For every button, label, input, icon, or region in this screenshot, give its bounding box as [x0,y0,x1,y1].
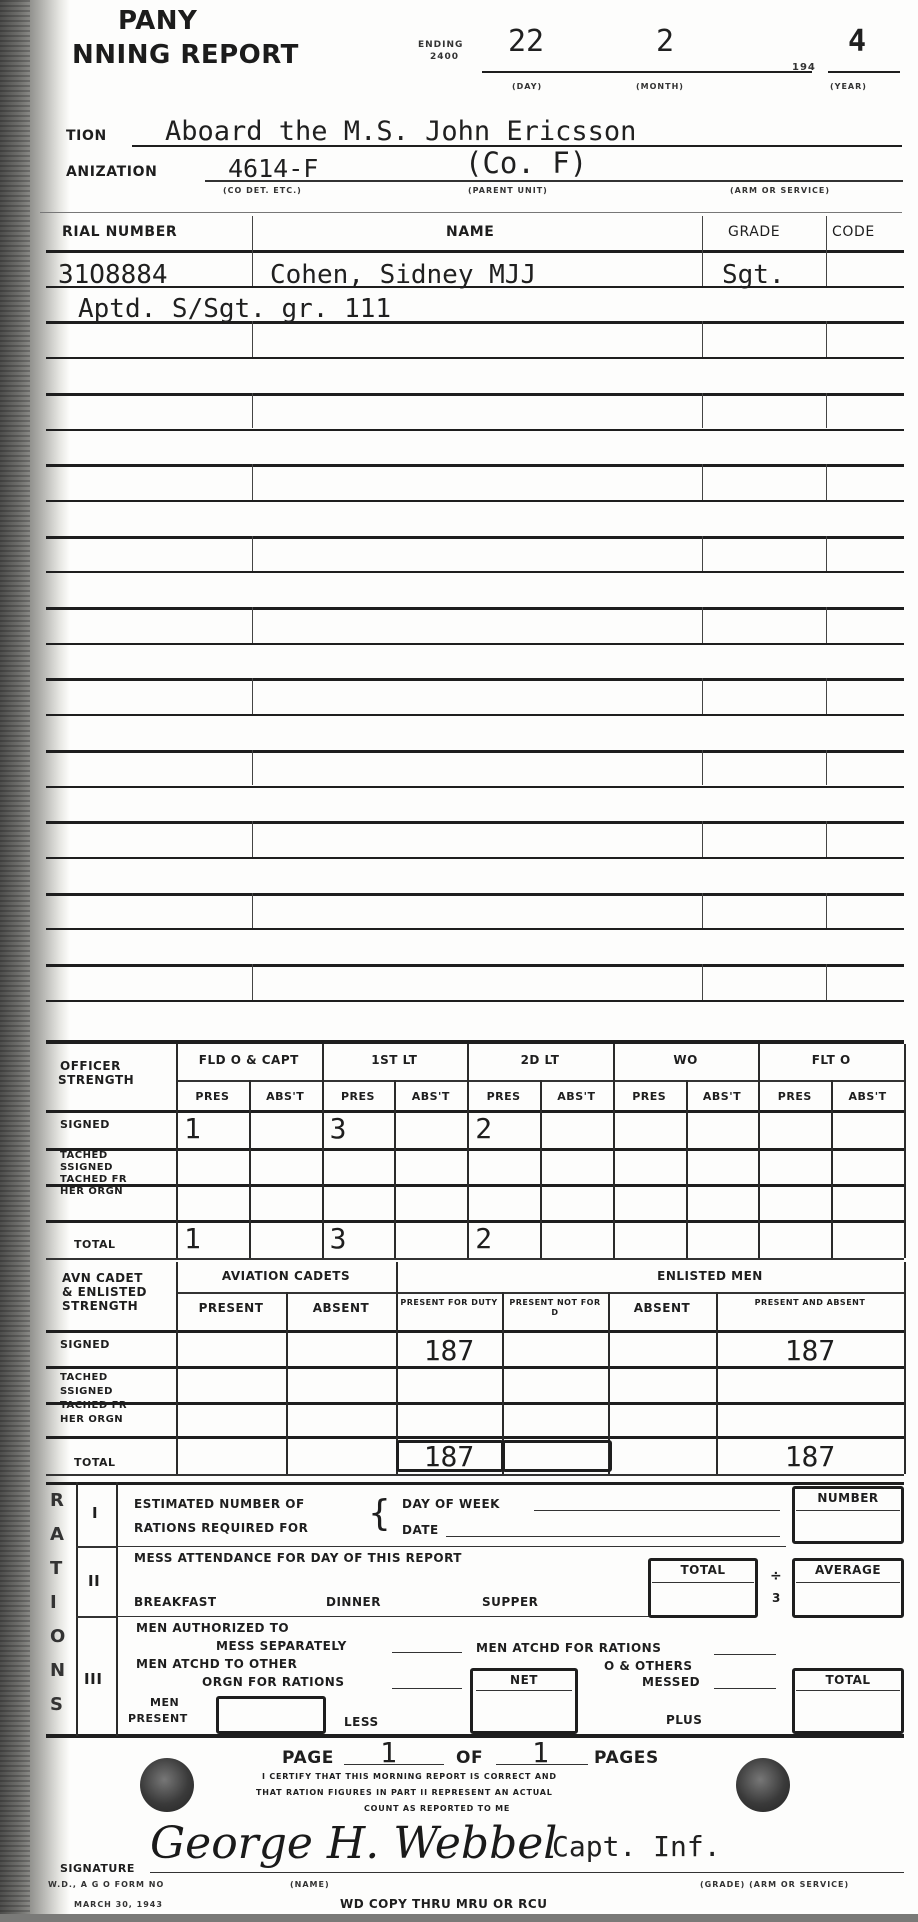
pages-label: PAGES [594,1748,659,1768]
officer-cell-attached_other[interactable] [184,1186,247,1220]
section-i-numeral: I [92,1504,98,1522]
officer-cell-total[interactable]: 1 [184,1222,247,1256]
year-caption: (YEAR) [830,82,867,91]
enlisted-cell-total[interactable]: 187 [716,1440,904,1474]
roster-blank-row[interactable] [46,432,904,465]
roster-blank-row[interactable] [46,896,904,929]
roster-row-rule [46,786,904,788]
roster-row-rule [46,1000,904,1002]
officer-cell-total[interactable] [548,1222,611,1256]
officer-subheader: ABS'T [686,1090,759,1103]
rations-divider [76,1616,116,1618]
mess-separately-field[interactable] [392,1652,462,1653]
year-value[interactable]: 4 [848,24,866,59]
officer-cell-attached_unassigned[interactable] [402,1150,465,1184]
enlisted-cell-attached_unassigned[interactable] [286,1370,396,1404]
roster-blank-row[interactable] [46,324,904,357]
officer-col-divider [540,1080,542,1258]
organization-underline [205,180,903,182]
station-value[interactable]: Aboard the M.S. John Ericsson [165,116,636,147]
roster-row-rule [46,643,904,645]
roster-col-divider [702,250,703,286]
section-i-text-1: ESTIMATED NUMBER OF [134,1498,305,1511]
rations-vertical-letter: R [50,1490,64,1511]
enlisted-subheader: PRESENT FOR DUTY [396,1298,502,1308]
certify-text-3: COUNT AS REPORTED TO ME [364,1802,510,1815]
men-atchd-other-label-2: ORGN FOR RATIONS [202,1676,344,1689]
others-messed-label-1: O & OTHERS [604,1660,693,1673]
date-label: DATE [402,1524,439,1537]
men-present-label-1: MEN [150,1696,179,1709]
month-value[interactable]: 2 [656,24,674,59]
officer-row-attached: TACHED [60,1150,108,1162]
enlisted-cell-total[interactable] [608,1440,716,1474]
enlisted-cell-attached_other[interactable] [176,1406,286,1440]
enlisted-cell-attached_other[interactable] [716,1406,904,1440]
brace-icon: { [368,1494,391,1534]
officer-cell-attached_unassigned[interactable] [184,1150,247,1184]
officer-subheader: PRES [613,1090,686,1103]
roster-col-divider [826,216,827,250]
enlisted-cell-attached_unassigned[interactable] [608,1370,716,1404]
others-messed-label-2: MESSED [642,1676,700,1689]
officer-cell-assigned[interactable] [621,1112,684,1146]
scan-bottom-edge [0,1914,918,1922]
roster-blank-row[interactable] [46,574,904,607]
roster-row-rule [46,500,904,502]
mess-total-label: TOTAL [648,1564,758,1577]
roster-blank-row[interactable] [46,717,904,750]
row1-serial[interactable]: 31O8884 [58,260,168,290]
date-field[interactable] [446,1536,780,1537]
roster-row-rule [46,571,904,573]
col-header-grade: GRADE [728,224,780,240]
date-underline [482,71,812,73]
officer-row-unassigned: SSIGNED [60,1162,113,1174]
officer-cell-attached_other[interactable] [839,1186,902,1220]
officer-cell-attached_other[interactable] [257,1186,320,1220]
signature-label: SIGNATURE [60,1862,135,1875]
roster-row-rule [46,357,904,359]
men-authorized-label-2: MESS SEPARATELY [216,1640,347,1653]
others-messed-field[interactable] [714,1688,776,1689]
men-atchd-rations-field[interactable] [714,1654,776,1655]
station-label: TION [66,128,107,144]
orgn-for-rations-field[interactable] [392,1688,462,1689]
officer-cell-attached_other[interactable] [330,1186,393,1220]
roster-row-rule [46,429,904,431]
certify-text-1: I CERTIFY THAT THIS MORNING REPORT IS CO… [262,1770,557,1783]
less-label: LESS [344,1716,379,1729]
col-header-serial: RIAL NUMBER [62,224,177,240]
roster-row-rule [46,928,904,930]
average-label: AVERAGE [792,1564,904,1577]
officer-subheader: ABS'T [831,1090,904,1103]
rations-divider [116,1546,786,1547]
officer-cell-attached_unassigned[interactable] [766,1150,829,1184]
roster-blank-row[interactable] [46,360,904,393]
officer-row-other-orgn: HER ORGN [60,1186,123,1198]
enlisted-row-attached-fr: TACHED FR [60,1400,127,1412]
officer-cell-attached_other[interactable] [475,1186,538,1220]
roster-top-rule [40,212,902,213]
form-date: MARCH 30, 1943 [74,1900,163,1909]
aviation-cadets-header: AVIATION CADETS [176,1270,396,1283]
rations-left-border [76,1482,78,1736]
ending-label: ENDING [418,40,463,50]
enlisted-bottom-rule [46,1474,904,1476]
officer-cell-total[interactable] [839,1222,902,1256]
enlisted-cell-assigned[interactable] [286,1334,396,1368]
officer-cell-total[interactable]: 2 [475,1222,538,1256]
officer-strength-title-1: OFFICER [60,1060,121,1073]
enlisted-cell-attached_unassigned[interactable] [396,1370,502,1404]
organization-label: ANIZATION [66,164,157,180]
roster-col-divider [252,250,253,286]
officer-cell-attached_other[interactable] [548,1186,611,1220]
officer-col-divider [249,1080,251,1258]
officer-subheader: PRES [322,1090,395,1103]
plus-label: PLUS [666,1714,702,1727]
officer-cell-attached_unassigned[interactable] [694,1150,757,1184]
officer-col-divider [176,1044,178,1258]
enlisted-cell-attached_other[interactable] [396,1406,502,1440]
officer-cell-total[interactable] [766,1222,829,1256]
officer-col-divider [322,1044,324,1258]
rations-total-rule [796,1690,900,1691]
roster-blank-row[interactable] [46,503,904,536]
roster-bottom-rule [46,1040,904,1044]
officer-cell-attached_other[interactable] [766,1186,829,1220]
rations-bottom-rule [46,1734,904,1738]
officer-strength-title-2: STRENGTH [58,1074,134,1087]
officer-cell-attached_unassigned[interactable] [548,1150,611,1184]
officer-subheader: PRES [467,1090,540,1103]
roster-blank-row[interactable] [46,646,904,679]
rations-vertical-letter: N [50,1660,66,1681]
officer-cell-attached_other[interactable] [621,1186,684,1220]
enlisted-cell-assigned[interactable] [608,1334,716,1368]
roster-blank-row[interactable] [46,824,904,857]
roster-blank-row[interactable] [46,681,904,714]
rations-vertical-letter: O [50,1626,66,1647]
enlisted-men-header: ENLISTED MEN [396,1270,904,1283]
enlisted-subheader: PRESENT AND ABSENT [716,1298,904,1308]
officer-cell-total[interactable]: 3 [330,1222,393,1256]
officer-cell-assigned[interactable] [694,1112,757,1146]
row1-name[interactable]: Cohen, Sidney MJJ [270,260,536,290]
officer-col-divider [758,1044,760,1258]
enlisted-cell-attached_unassigned[interactable] [502,1370,608,1404]
enlisted-cell-total[interactable] [176,1440,286,1474]
rations-divider [76,1546,116,1548]
officer-cell-assigned[interactable] [839,1112,902,1146]
roster-blank-row[interactable] [46,860,904,893]
officer-cell-attached_unassigned[interactable] [621,1150,684,1184]
officer-cell-assigned[interactable] [548,1112,611,1146]
enlisted-subheader: PRESENT NOT FOR D [502,1298,608,1318]
enlisted-cell-assigned[interactable]: 187 [396,1334,502,1368]
officer-subheader: ABS'T [394,1090,467,1103]
enlisted-row-assigned: SIGNED [60,1338,110,1351]
roster-col-divider [252,216,253,250]
officer-cell-total[interactable] [257,1222,320,1256]
men-authorized-label-1: MEN AUTHORIZED TO [136,1622,289,1635]
rations-vertical-letter: A [50,1524,65,1545]
of-label: OF [456,1748,483,1768]
arm-service-caption: (ARM OR SERVICE) [730,186,830,195]
officer-cell-assigned[interactable] [766,1112,829,1146]
roster-col-divider [826,250,827,286]
present-for-duty-total-box [396,1440,504,1472]
officer-subheader: ABS'T [249,1090,322,1103]
signature-value[interactable]: George H. Webbel [150,1818,557,1869]
officer-cell-total[interactable] [402,1222,465,1256]
mess-attendance-title: MESS ATTENDANCE FOR DAY OF THIS REPORT [134,1552,462,1565]
roster-col-divider [702,216,703,250]
rations-total-label: TOTAL [792,1674,904,1687]
enlisted-title-2: & ENLISTED [62,1286,147,1299]
rations-numeral-border [116,1482,118,1736]
men-atchd-rations-label: MEN ATCHD FOR RATIONS [476,1642,661,1655]
officer-cell-assigned[interactable] [257,1112,320,1146]
enlisted-cell-assigned[interactable] [176,1334,286,1368]
enlisted-cell-total[interactable] [286,1440,396,1474]
org-caption: (CO DET. ETC.) [223,186,302,195]
enlisted-cell-attached_other[interactable] [608,1406,716,1440]
officer-cell-attached_other[interactable] [694,1186,757,1220]
roster-blank-row[interactable] [46,753,904,786]
row1-grade[interactable]: Sgt. [722,260,785,290]
scan-edge-texture [0,0,30,1922]
grade-caption: (GRADE) (ARM OR SERVICE) [700,1880,849,1889]
signature-line [150,1872,904,1873]
enlisted-cell-attached_other[interactable] [286,1406,396,1440]
officer-group-header: 2D LT [467,1054,613,1067]
morning-report-form: PANY NNING REPORT ENDING 2400 22 2 194 4… [0,0,918,1922]
number-box-rule [796,1510,900,1511]
officer-group-header: FLT O [758,1054,904,1067]
officer-cell-attached_unassigned[interactable] [475,1150,538,1184]
rations-vertical-letter: I [50,1592,57,1613]
enlisted-row-total: TOTAL [74,1456,116,1469]
net-label: NET [470,1674,578,1687]
row2-remark[interactable]: Aptd. S/Sgt. gr. 111 [78,294,391,324]
breakfast-label: BREAKFAST [134,1596,217,1609]
enlisted-subheader: ABSENT [608,1302,716,1315]
officer-col-divider [394,1080,396,1258]
pages-value[interactable]: 1 [532,1736,549,1769]
officer-bottom-rule [46,1258,904,1260]
officer-cell-attached_other[interactable] [402,1186,465,1220]
enlisted-row-attached: TACHED [60,1372,108,1384]
enlisted-cell-assigned[interactable] [502,1334,608,1368]
month-caption: (MONTH) [636,82,684,91]
officer-cell-assigned[interactable]: 3 [330,1112,393,1146]
form-number: W.D., A G O FORM NO [48,1880,164,1889]
rations-vertical-letter: S [50,1694,64,1715]
officer-group-header: FLD O & CAPT [176,1054,322,1067]
officer-cell-attached_unassigned[interactable] [839,1150,902,1184]
supper-label: SUPPER [482,1596,538,1609]
enlisted-cell-attached_unassigned[interactable] [716,1370,904,1404]
officer-group-header: 1ST LT [322,1054,468,1067]
rations-vertical-letter: T [50,1558,63,1579]
dinner-label: DINNER [326,1596,381,1609]
form-title-line2: NNING REPORT [72,40,299,70]
enlisted-title-1: AVN CADET [62,1272,143,1285]
enlisted-title-3: STRENGTH [62,1300,138,1313]
officer-col-divider [613,1044,615,1258]
enlisted-row-other-orgn: HER ORGN [60,1414,123,1426]
roster-blank-row[interactable] [46,396,904,429]
enlisted-row-unassigned: SSIGNED [60,1386,113,1398]
officer-cell-total[interactable] [694,1222,757,1256]
parent-unit-caption: (PARENT UNIT) [468,186,548,195]
page-label: PAGE [282,1748,334,1768]
net-box-rule [476,1690,572,1691]
roster-blank-row[interactable] [46,467,904,500]
divide-by-three: 3 [772,1592,781,1605]
section-iii-numeral: III [84,1670,103,1688]
enlisted-row-rule [46,1330,904,1333]
section-i-text-2: RATIONS REQUIRED FOR [134,1522,308,1535]
copy-note: WD COPY THRU MRU OR RCU [340,1898,547,1911]
enlisted-col-divider [904,1262,906,1474]
officer-cell-attached_unassigned[interactable] [330,1150,393,1184]
mess-total-rule [652,1582,754,1583]
rations-divider [116,1616,676,1617]
officer-col-divider [467,1044,469,1258]
officer-cell-attached_unassigned[interactable] [257,1150,320,1184]
roster-blank-row[interactable] [46,610,904,643]
roster-row-rule [46,857,904,859]
name-caption: (NAME) [290,1880,330,1889]
day-value[interactable]: 22 [508,24,544,59]
roster-blank-row[interactable] [46,931,904,964]
roster-blank-row[interactable] [46,967,904,1000]
roster-blank-row[interactable] [46,539,904,572]
organization-value[interactable]: 4614-F [228,154,318,183]
divide-icon: ÷ [770,1570,782,1583]
col-header-name: NAME [446,224,494,240]
form-title-line1: PANY [118,6,197,36]
roster-blank-row[interactable] [46,789,904,822]
officer-col-divider [686,1080,688,1258]
day-of-week-label: DAY OF WEEK [402,1498,500,1511]
officer-cell-assigned[interactable]: 2 [475,1112,538,1146]
roster-row-rule [46,714,904,716]
officer-cell-assigned[interactable] [402,1112,465,1146]
officer-subheader: PRES [758,1090,831,1103]
enlisted-cell-assigned[interactable]: 187 [716,1334,904,1368]
enlisted-cell-attached_other[interactable] [502,1406,608,1440]
men-present-box[interactable] [216,1696,326,1734]
officer-col-divider [831,1080,833,1258]
officer-cell-total[interactable] [621,1222,684,1256]
year-underline [828,71,900,73]
day-of-week-field[interactable] [534,1510,780,1511]
men-present-label-2: PRESENT [128,1712,188,1725]
number-label: NUMBER [792,1492,904,1505]
officer-group-header: WO [613,1054,759,1067]
officer-cell-assigned[interactable]: 1 [184,1112,247,1146]
page-value[interactable]: 1 [380,1736,397,1769]
day-caption: (DAY) [512,82,542,91]
officer-subheader: ABS'T [540,1090,613,1103]
officer-row-total: TOTAL [74,1238,116,1251]
section-ii-numeral: II [88,1572,100,1590]
punch-hole-left-icon [140,1758,194,1812]
enlisted-cell-attached_unassigned[interactable] [176,1370,286,1404]
ending-time-label: 2400 [430,52,459,62]
punch-hole-right-icon [736,1758,790,1812]
grade-value[interactable]: Capt. Inf. [552,1830,721,1863]
col-header-code: CODE [832,224,875,240]
present-not-for-duty-total-box [502,1440,612,1472]
men-atchd-other-label-1: MEN ATCHD TO OTHER [136,1658,297,1671]
roster-row-rule [46,250,904,253]
rations-top-rule [46,1482,904,1485]
officer-row-attached-fr: TACHED FR [60,1174,127,1186]
average-box-rule [796,1582,900,1583]
certify-text-2: THAT RATION FIGURES IN PART II REPRESENT… [256,1786,553,1799]
enlisted-subheader: ABSENT [286,1302,396,1315]
officer-col-divider [904,1044,906,1258]
officer-row-assigned: SIGNED [60,1118,110,1131]
officer-subheader: PRES [176,1090,249,1103]
parent-unit-value[interactable]: (Co. F) [465,146,587,180]
enlisted-subheader: PRESENT [176,1302,286,1315]
